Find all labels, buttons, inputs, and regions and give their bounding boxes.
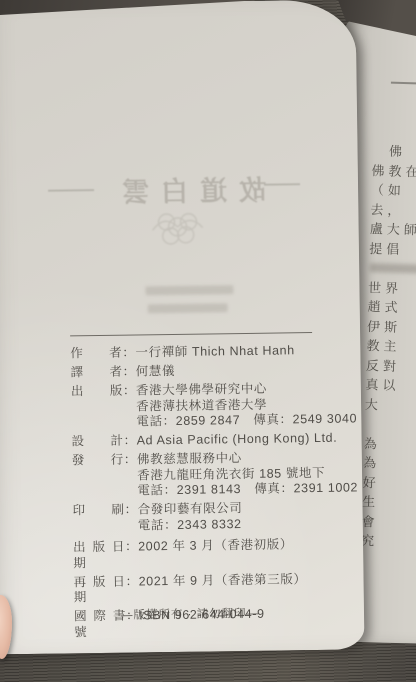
- ghost-title-dash-right: [264, 183, 300, 186]
- colophon-row: 再版日期：2021 年 9 月（香港第三版）: [73, 571, 325, 606]
- row-label: 發行: [72, 453, 125, 500]
- colophon-page: 故道白雲 作者：一行禪師 Thich Nhat Hanh譯者：何慧儀出版：香港大…: [0, 0, 365, 655]
- row-colon: ：: [125, 539, 139, 570]
- colophon-row: 譯者：何慧儀: [71, 362, 323, 381]
- row-colon: ：: [123, 434, 136, 450]
- row-label: 再版日期: [73, 574, 125, 606]
- colophon-row: 出版日期：2002 年 3 月（香港初版）: [73, 537, 325, 572]
- row-value: 何慧儀: [136, 362, 323, 380]
- ghost-translator-line: [148, 303, 228, 313]
- colophon-row: 作者：一行禪師 Thich Nhat Hanh: [70, 343, 322, 362]
- copyright-notice: —版權所有 · 請勿翻印—: [100, 605, 280, 624]
- row-label: 譯者: [71, 365, 123, 381]
- colophon-row: 出版：香港大學佛學研究中心香港薄扶林道香港大學電話：2859 2847 傳真：2…: [71, 381, 324, 431]
- row-colon: ：: [124, 502, 138, 533]
- row-label: 作者: [70, 346, 122, 362]
- book-photo: 佛佛教在（如去，盧大師提倡 世界趙式伊斯教主反對真以大 為為好生會究 故道白雲 …: [0, 0, 416, 682]
- ghost-flower-logo: [140, 199, 215, 258]
- row-label: 出版: [71, 384, 124, 431]
- facing-page-text-fragments: 佛佛教在（如去，盧大師提倡 世界趙式伊斯教主反對真以大 為為好生會究: [361, 141, 416, 554]
- row-value: 香港大學佛學研究中心香港薄扶林道香港大學電話：2859 2847 傳真：2549…: [136, 380, 357, 430]
- ghost-title-dash-left: [48, 189, 94, 192]
- colophon-block: 作者：一行禪師 Thich Nhat Hanh譯者：何慧儀出版：香港大學佛學研究…: [70, 332, 326, 644]
- facing-page-line: 究: [361, 531, 416, 554]
- row-value: 2002 年 3 月（香港初版）: [138, 537, 325, 571]
- colophon-divider-line: [70, 332, 312, 336]
- ghost-author-line: [145, 285, 233, 295]
- row-colon: ：: [123, 384, 137, 431]
- row-colon: ：: [123, 365, 136, 381]
- facing-page-header-rule: [391, 82, 416, 85]
- colophon-rows: 作者：一行禪師 Thich Nhat Hanh譯者：何慧儀出版：香港大學佛學研究…: [70, 343, 326, 640]
- row-label: 出版日期: [73, 540, 125, 572]
- colophon-row: 發行：佛教慈慧服務中心香港九龍旺角洗衣街 185 號地下電話：2391 8143…: [72, 450, 325, 500]
- row-colon: ：: [122, 346, 135, 362]
- colophon-row: 印刷：合發印藝有限公司電話：2343 8332: [72, 500, 324, 535]
- colophon-row: 設計：Ad Asia Pacific (Hong Kong) Ltd.: [71, 431, 323, 450]
- row-value: 一行禪師 Thich Nhat Hanh: [135, 343, 322, 361]
- row-value: Ad Asia Pacific (Hong Kong) Ltd.: [137, 431, 338, 449]
- row-value: 合發印藝有限公司電話：2343 8332: [138, 500, 325, 534]
- row-colon: ：: [124, 453, 138, 500]
- row-label: 設計: [71, 434, 123, 450]
- row-label: 印刷: [72, 503, 124, 535]
- row-colon: ：: [125, 574, 139, 605]
- row-value: 2021 年 9 月（香港第三版）: [139, 571, 326, 605]
- row-value: 佛教慈慧服務中心香港九龍旺角洗衣街 185 號地下電話：2391 8143 傳真…: [137, 449, 358, 499]
